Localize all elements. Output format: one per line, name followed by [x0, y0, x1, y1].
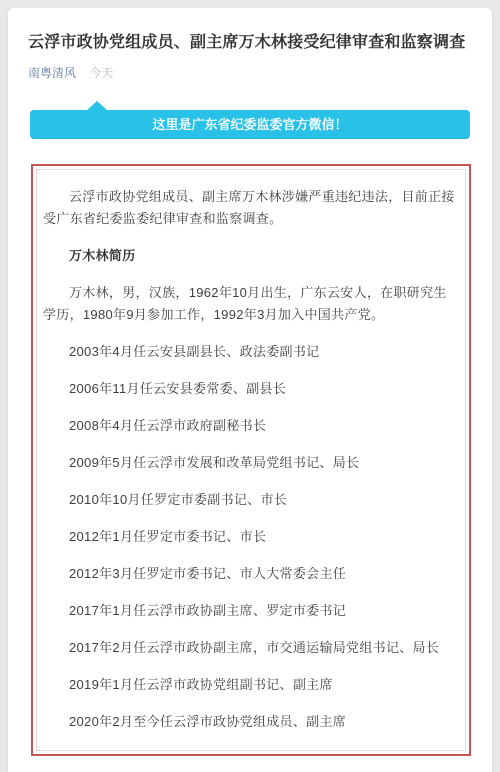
page-background: 云浮市政协党组成员、副主席万木林接受纪律审查和监察调查 南粤清风 今天 这里是广… — [0, 0, 500, 772]
timeline-item: 2017年1月任云浮市政协副主席、罗定市委书记 — [43, 600, 455, 622]
byline: 南粤清风 今天 — [28, 64, 472, 81]
publish-date: 今天 — [89, 66, 113, 80]
resume-heading: 万木林简历 — [43, 245, 455, 267]
timeline-item: 2012年3月任罗定市委书记、市人大常委会主任 — [43, 563, 455, 585]
timeline-item: 2009年5月任云浮市发展和改革局党组书记、局长 — [43, 452, 455, 474]
bio-paragraph: 万木林，男，汉族，1962年10月出生，广东云安人，在职研究生学历，1980年9… — [43, 282, 455, 326]
official-account-banner: 这里是广东省纪委监委官方微信！ — [30, 110, 470, 139]
timeline-item: 2017年2月任云浮市政协副主席，市交通运输局党组书记、局长 — [43, 637, 455, 659]
article-title: 云浮市政协党组成员、副主席万木林接受纪律审查和监察调查 — [28, 31, 472, 54]
banner-text: 这里是广东省纪委监委官方微信！ — [30, 110, 470, 139]
article-body-inner: 云浮市政协党组成员、副主席万木林涉嫌严重违纪违法，目前正接受广东省纪委监委纪律审… — [36, 169, 466, 751]
source-account-link[interactable]: 南粤清风 — [28, 66, 76, 80]
timeline-item: 2003年4月任云安县副县长、政法委副书记 — [43, 341, 455, 363]
timeline-item: 2006年11月任云安县委常委、副县长 — [43, 378, 455, 400]
intro-paragraph: 云浮市政协党组成员、副主席万木林涉嫌严重违纪违法，目前正接受广东省纪委监委纪律审… — [43, 186, 455, 230]
banner-pointer-icon — [86, 101, 108, 111]
article-card: 云浮市政协党组成员、副主席万木林接受纪律审查和监察调查 南粤清风 今天 这里是广… — [8, 8, 492, 772]
timeline-item: 2020年2月至今任云浮市政协党组成员、副主席 — [43, 711, 455, 733]
timeline-item: 2008年4月任云浮市政府副秘书长 — [43, 415, 455, 437]
timeline-item: 2019年1月任云浮市政协党组副书记、副主席 — [43, 674, 455, 696]
timeline-item: 2012年1月任罗定市委书记、市长 — [43, 526, 455, 548]
timeline-item: 2010年10月任罗定市委副书记、市长 — [43, 489, 455, 511]
article-body-box: 云浮市政协党组成员、副主席万木林涉嫌严重违纪违法，目前正接受广东省纪委监委纪律审… — [31, 164, 471, 756]
